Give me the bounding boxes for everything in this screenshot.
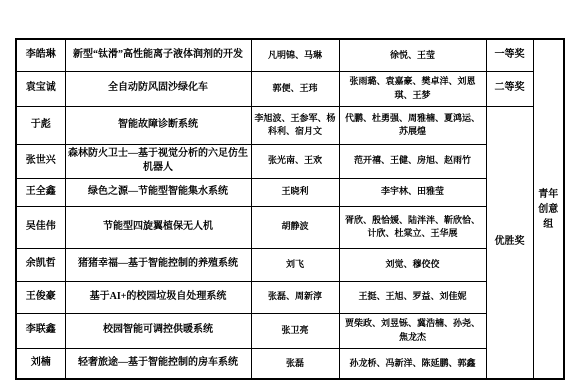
team-members-cell: 刘飞 (251, 248, 339, 281)
award-results-table: 李皓琳 新型“钛滑”高性能离子液体润剂的开发 凡明锦、马琳 徐悦、王莹 一等奖 … (15, 38, 565, 380)
student-name-cell: 张世兴 (16, 144, 65, 178)
student-name-cell: 于彪 (16, 106, 65, 144)
student-name-cell: 王俊豪 (16, 281, 65, 313)
student-name-cell: 袁宝诚 (16, 71, 65, 106)
team-members-cell: 徐悦、王莹 (339, 39, 486, 71)
table-row: 刘楠 轻奢旅途—基于智能控制的房车系统 张磊 孙龙桥、冯新洋、陈延鹏、郭鑫 (16, 348, 564, 379)
team-members-cell: 代鹏、杜勇强、周雅楠、夏鸿运、苏展煌 (339, 106, 486, 144)
group-label-line2: 创意组 (536, 202, 562, 232)
student-name-cell: 李皓琳 (16, 39, 65, 71)
project-title-cell: 绿色之源—节能型智能集水系统 (65, 178, 251, 206)
project-title-cell: 基于AI+的校园垃圾自处理系统 (65, 281, 251, 313)
table-row: 王全鑫 绿色之源—节能型智能集水系统 王晓利 李宇林、田雅莹 (16, 178, 564, 206)
group-label-line1: 青年 (536, 187, 562, 202)
team-members-cell: 张卫亮 (251, 313, 339, 348)
team-members-cell: 刘觉、穆佼佼 (339, 248, 486, 281)
team-members-cell: 贾柴政、刘昱铄、冀浩楠、孙尧、焦龙杰 (339, 313, 486, 348)
project-title-cell: 新型“钛滑”高性能离子液体润剂的开发 (65, 39, 251, 71)
table-row: 李皓琳 新型“钛滑”高性能离子液体润剂的开发 凡明锦、马琳 徐悦、王莹 一等奖 … (16, 39, 564, 71)
group-cell: 青年 创意组 (533, 39, 564, 379)
project-title-cell: 智能故障诊断系统 (65, 106, 251, 144)
team-members-cell: 范开禧、王健、房旭、赵雨竹 (339, 144, 486, 178)
team-members-cell: 张雨璐、袁嘉豪、樊卓洋、刘恩琪、王梦 (339, 71, 486, 106)
student-name-cell: 吴佳伟 (16, 206, 65, 248)
award-class-cell: 二等奖 (486, 71, 533, 106)
team-members-cell: 孙龙桥、冯新洋、陈延鹏、郭鑫 (339, 348, 486, 379)
team-members-cell: 张光南、王欢 (251, 144, 339, 178)
team-members-cell: 胥欣、殷恰媛、陆泮泮、靳欣恰、计欣、杜棠立、王华展 (339, 206, 486, 248)
table-row: 余凯哲 猪猪幸福—基于智能控制的养殖系统 刘飞 刘觉、穆佼佼 (16, 248, 564, 281)
team-members-cell: 张磊 (251, 348, 339, 379)
student-name-cell: 李联鑫 (16, 313, 65, 348)
project-title-cell: 轻奢旅途—基于智能控制的房车系统 (65, 348, 251, 379)
project-title-cell: 全自动防风固沙绿化车 (65, 71, 251, 106)
student-name-cell: 刘楠 (16, 348, 65, 379)
table-row: 于彪 智能故障诊断系统 李旭波、王参军、杨科利、宿月文 代鹏、杜勇强、周雅楠、夏… (16, 106, 564, 144)
project-title-cell: 森林防火卫士—基于视觉分析的六足仿生机器人 (65, 144, 251, 178)
table-row: 袁宝诚 全自动防风固沙绿化车 郭便、王玮 张雨璐、袁嘉豪、樊卓洋、刘恩琪、王梦 … (16, 71, 564, 106)
award-class-cell: 一等奖 (486, 39, 533, 71)
team-members-cell: 胡静波 (251, 206, 339, 248)
student-name-cell: 王全鑫 (16, 178, 65, 206)
team-members-cell: 郭便、王玮 (251, 71, 339, 106)
team-members-cell: 李宇林、田雅莹 (339, 178, 486, 206)
project-title-cell: 节能型四旋翼植保无人机 (65, 206, 251, 248)
team-members-cell: 张磊、周新淳 (251, 281, 339, 313)
student-name-cell: 余凯哲 (16, 248, 65, 281)
table-row: 吴佳伟 节能型四旋翼植保无人机 胡静波 胥欣、殷恰媛、陆泮泮、靳欣恰、计欣、杜棠… (16, 206, 564, 248)
team-members-cell: 王晓利 (251, 178, 339, 206)
team-members-cell: 凡明锦、马琳 (251, 39, 339, 71)
project-title-cell: 校园智能可调控供暖系统 (65, 313, 251, 348)
table-row: 李联鑫 校园智能可调控供暖系统 张卫亮 贾柴政、刘昱铄、冀浩楠、孙尧、焦龙杰 (16, 313, 564, 348)
table-row: 王俊豪 基于AI+的校园垃圾自处理系统 张磊、周新淳 王挺、王旭、罗益、刘佳妮 (16, 281, 564, 313)
project-title-cell: 猪猪幸福—基于智能控制的养殖系统 (65, 248, 251, 281)
table-row: 张世兴 森林防火卫士—基于视觉分析的六足仿生机器人 张光南、王欢 范开禧、王健、… (16, 144, 564, 178)
award-class-cell: 优胜奖 (486, 106, 533, 379)
team-members-cell: 李旭波、王参军、杨科利、宿月文 (251, 106, 339, 144)
team-members-cell: 王挺、王旭、罗益、刘佳妮 (339, 281, 486, 313)
